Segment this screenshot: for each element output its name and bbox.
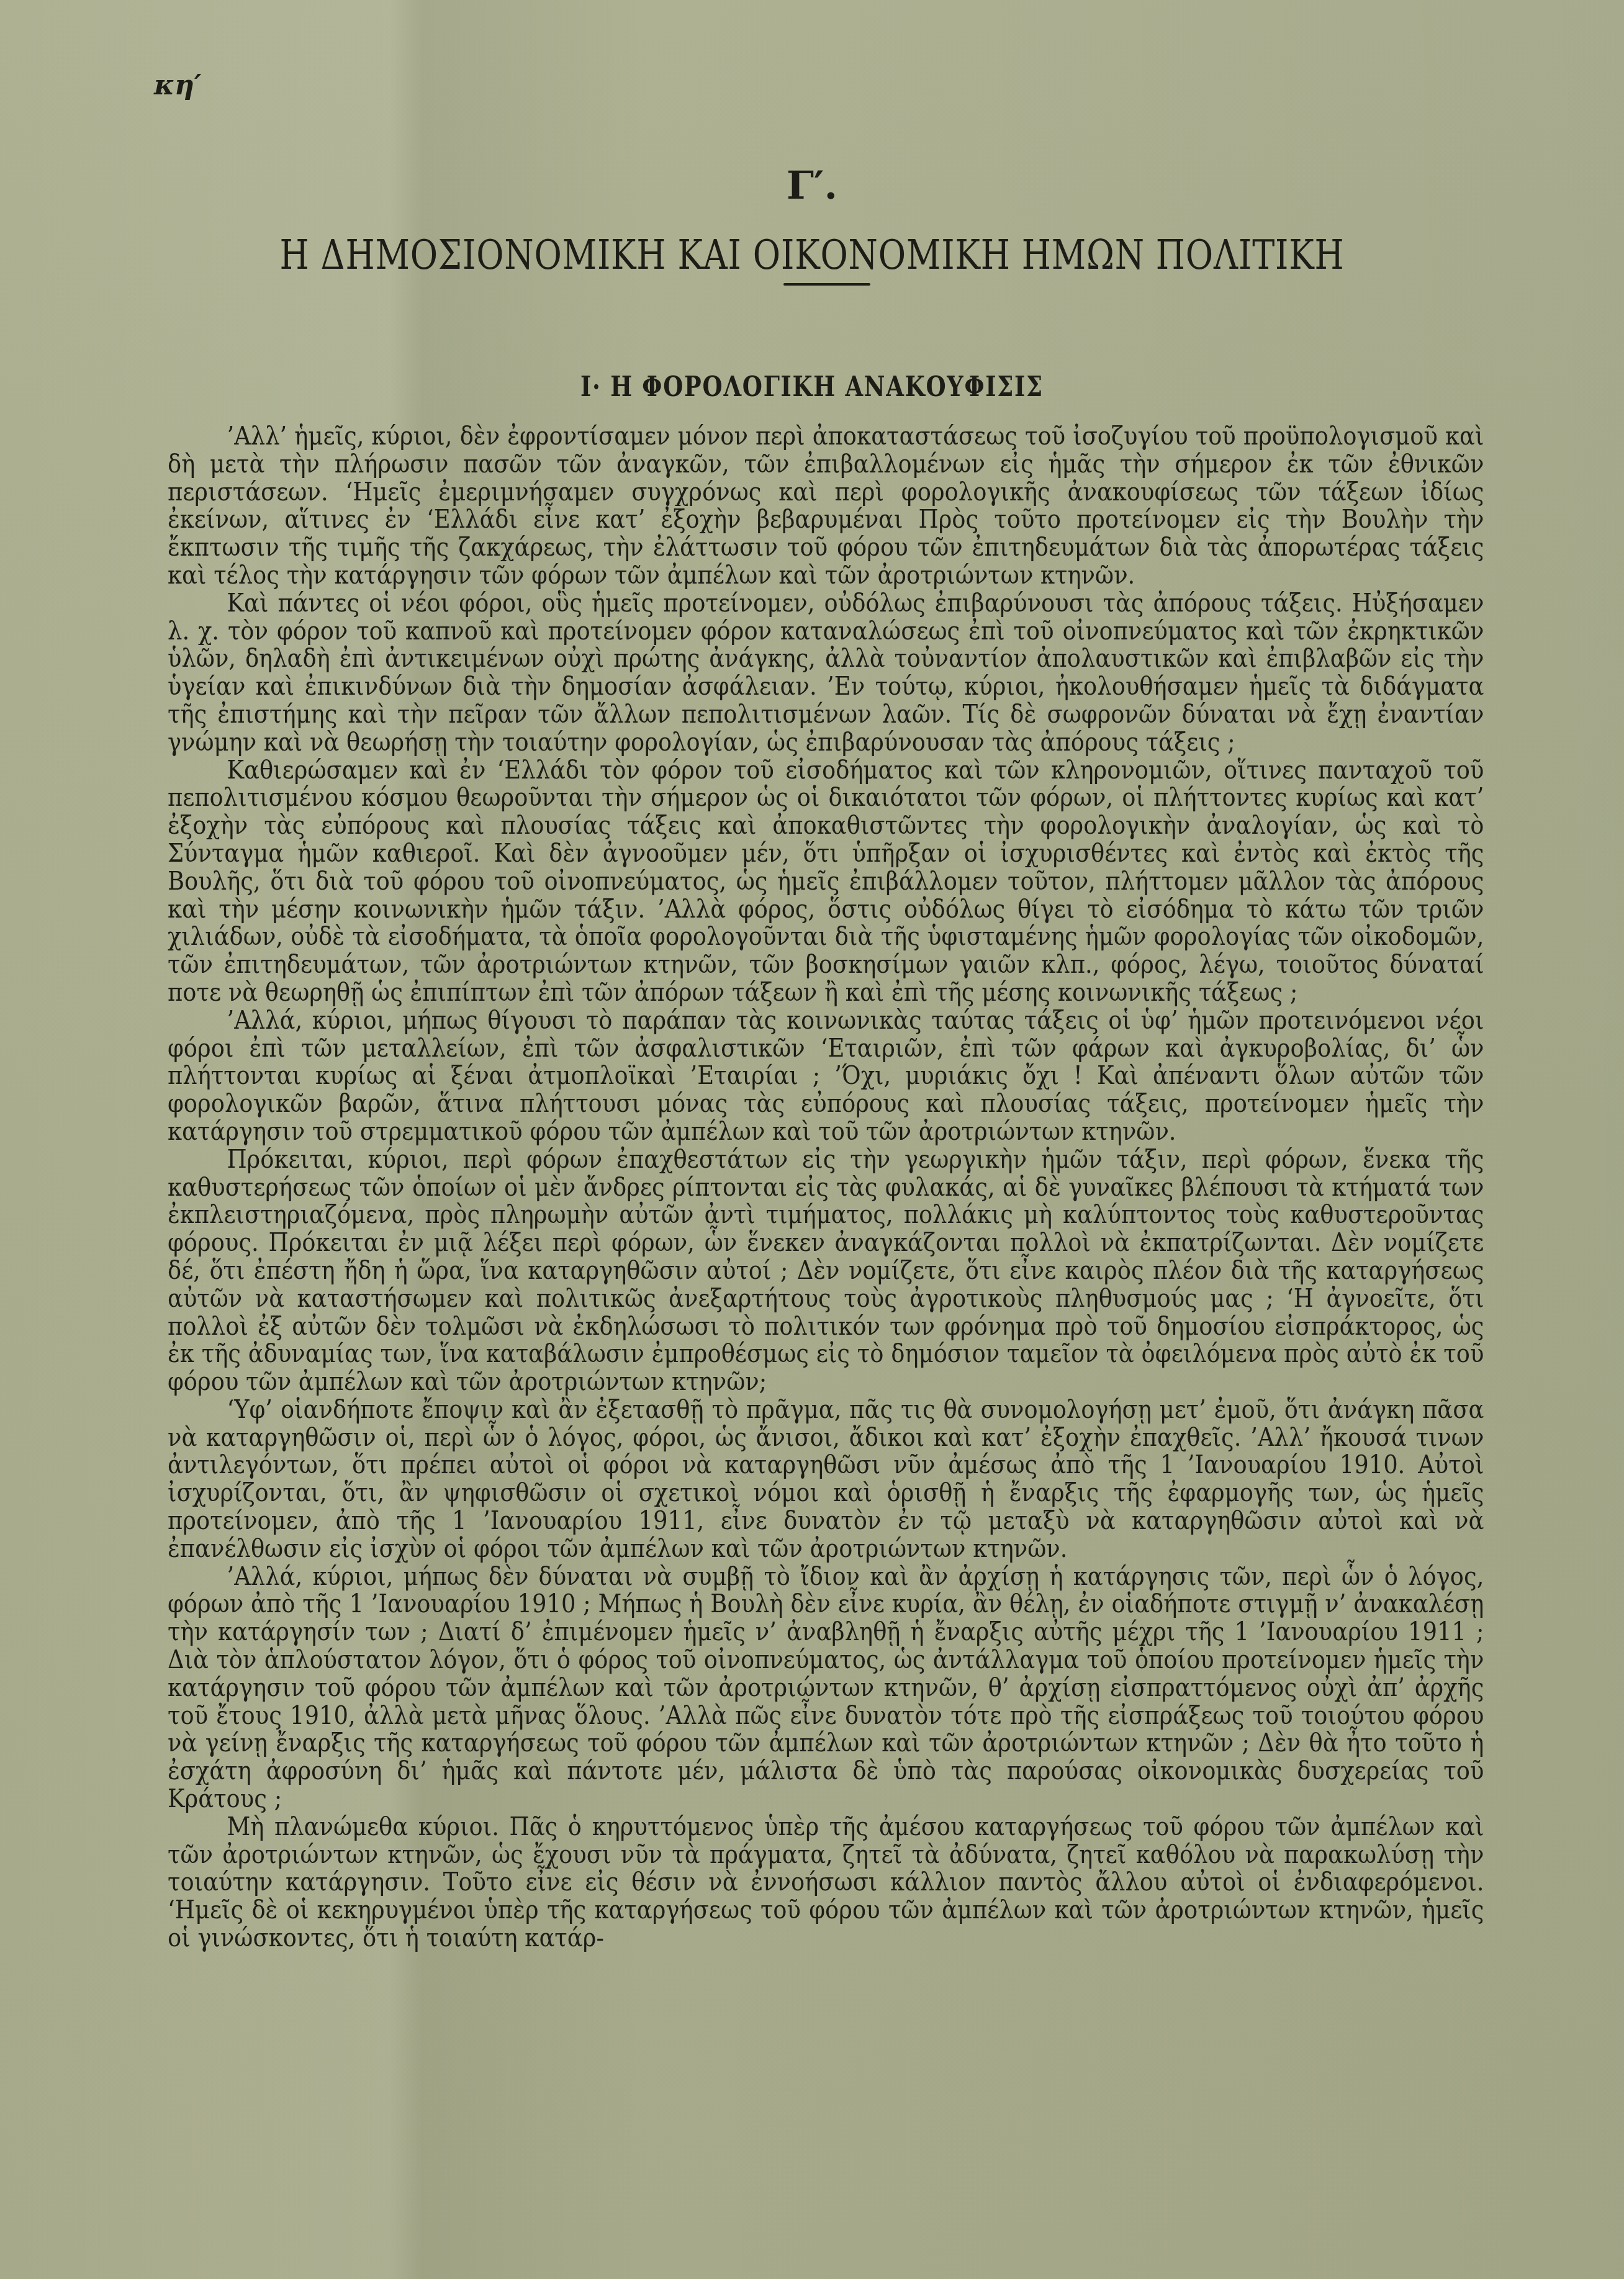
section-letter: Γ′.: [0, 163, 1624, 208]
paragraph-8: Μὴ πλανώμεθα κύριοι. Πᾶς ὁ κηρυττόμενος …: [168, 1813, 1484, 1952]
paragraph-1: ’Αλλ’ ἡμεῖς, κύριοι, δὲν ἐφροντίσαμεν μό…: [168, 422, 1484, 589]
paragraph-5: Πρόκειται, κύριοι, περὶ φόρων ἐπαχθεστάτ…: [168, 1145, 1484, 1396]
paragraph-3: Καθιερώσαμεν καὶ ἐν ‘Ελλάδι τὸν φόρον το…: [168, 756, 1484, 1006]
title-divider: [783, 283, 870, 286]
paragraph-7: ’Αλλά, κύριοι, μήπως δὲν δύναται νὰ συμβ…: [168, 1563, 1484, 1813]
body-text: ’Αλλ’ ἡμεῖς, κύριοι, δὲν ἐφροντίσαμεν μό…: [168, 422, 1484, 1952]
section-subtitle: Ι· Η ΦΟΡΟΛΟΓΙΚΗ ΑΝΑΚΟΥΦΙΣΙΣ: [130, 371, 1494, 403]
paragraph-2: Καὶ πάντες οἱ νέοι φόροι, οὓς ἡμεῖς προτ…: [168, 589, 1484, 756]
paragraph-6: ‘Υφ’ οἱανδήποτε ἔποψιν καὶ ἂν ἐξετασθῇ τ…: [168, 1396, 1484, 1563]
paragraph-4: ’Αλλά, κύριοι, μήπως θίγουσι τὸ παράπαν …: [168, 1006, 1484, 1145]
page-number: κη′: [154, 70, 202, 101]
scanned-page: κη′ Γ′. Η ΔΗΜΟΣΙΟΝΟΜΙΚΗ ΚΑΙ ΟΙΚΟΝΟΜΙΚΗ Η…: [0, 0, 1624, 2279]
chapter-title: Η ΔΗΜΟΣΙΟΝΟΜΙΚΗ ΚΑΙ ΟΙΚΟΝΟΜΙΚΗ ΗΜΩΝ ΠΟΛΙ…: [146, 231, 1477, 279]
